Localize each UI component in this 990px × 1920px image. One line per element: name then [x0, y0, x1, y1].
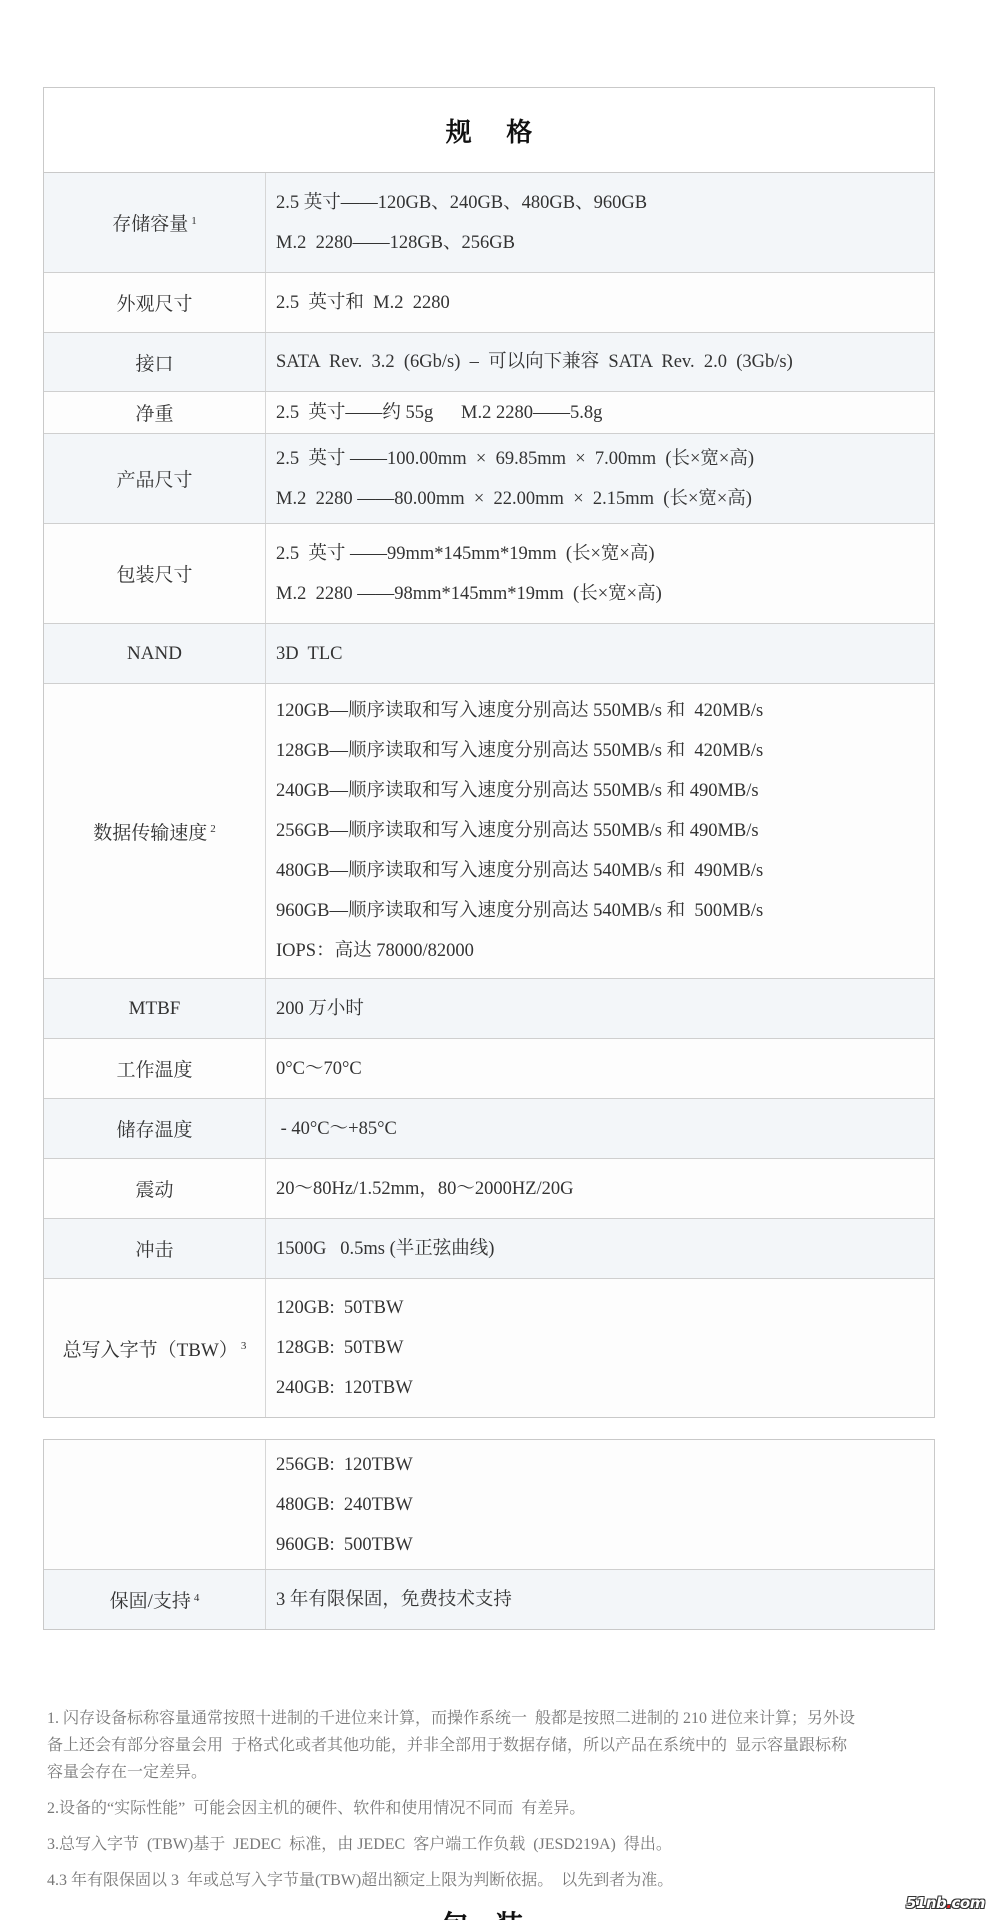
row-value-line: 2.5 英寸 ——99mm*145mm*19mm (长×宽×高) [276, 534, 934, 574]
row-value-line: 240GB: 120TBW [276, 1368, 934, 1408]
row-value-line: M.2 2280——128GB、256GB [276, 223, 934, 263]
row-value-line: 0°C～70°C [276, 1049, 934, 1089]
spec-title-row: 规 格 [44, 88, 934, 173]
row-package-dimensions: 包装尺寸 2.5 英寸 ——99mm*145mm*19mm (长×宽×高) M.… [44, 524, 934, 624]
row-value-line: 120GB: 50TBW [276, 1288, 934, 1328]
row-label: 产品尺寸 [116, 465, 192, 492]
footnote-4: 4.3 年有限保固以 3 年或总写入字节量(TBW)超出额定上限为判断依据。 以… [47, 1867, 947, 1894]
row-value-line: 3 年有限保固，免费技术支持 [276, 1580, 934, 1620]
row-shock: 冲击 1500G 0.5ms (半正弦曲线) [44, 1219, 934, 1279]
row-label: 保固/支持 [110, 1586, 191, 1613]
row-label: 包装尺寸 [116, 560, 192, 587]
row-value-line: 480GB: 240TBW [276, 1485, 934, 1525]
footnote-1-cont: 备上还会有部分容量会用 于格式化或者其他功能，并非全部用于数据存储，所以产品在系… [47, 1732, 947, 1759]
row-value-line: 256GB—顺序读取和写入速度分别高达 550MB/s 和 490MB/s [276, 811, 934, 851]
footnote-ref: 3 [241, 1340, 247, 1352]
row-interface: 接口 SATA Rev. 3.2 (6Gb/s) – 可以向下兼容 SATA R… [44, 333, 934, 392]
footnote-2: 2.设备的“实际性能” 可能会因主机的硬件、软件和使用情况不同而 有差异。 [47, 1795, 947, 1822]
row-label: NAND [127, 643, 182, 665]
row-value-line: 1500G 0.5ms (半正弦曲线) [276, 1229, 934, 1269]
row-tbw-continued: 256GB: 120TBW 480GB: 240TBW 960GB: 500TB… [44, 1440, 934, 1570]
row-nand: NAND 3D TLC [44, 624, 934, 684]
row-value-line: 480GB—顺序读取和写入速度分别高达 540MB/s 和 490MB/s [276, 851, 934, 891]
spec-table: 规 格 存储容量1 2.5 英寸——120GB、240GB、480GB、960G… [43, 87, 935, 1418]
row-value-line: 2.5 英寸——120GB、240GB、480GB、960GB [276, 183, 934, 223]
footnote-ref: 2 [210, 823, 216, 835]
row-label: 接口 [135, 349, 173, 376]
row-label: 工作温度 [116, 1055, 192, 1082]
row-value-line: 128GB: 50TBW [276, 1328, 934, 1368]
row-value-line: 240GB—顺序读取和写入速度分别高达 550MB/s 和 490MB/s [276, 771, 934, 811]
row-value-line: 120GB—顺序读取和写入速度分别高达 550MB/s 和 420MB/s [276, 691, 934, 731]
row-label: 外观尺寸 [116, 289, 192, 316]
row-label: 总写入字节（TBW） [63, 1335, 238, 1362]
row-value-line: M.2 2280 ——80.00mm × 22.00mm × 2.15mm (长… [276, 479, 934, 519]
row-label: 存储容量 [112, 209, 188, 236]
row-value-line: 2.5 英寸——约 55g M.2 2280——5.8g [276, 393, 934, 433]
row-storage-capacity: 存储容量1 2.5 英寸——120GB、240GB、480GB、960GB M.… [44, 173, 934, 273]
spec-title: 规 格 [446, 112, 547, 149]
row-storage-temp: 储存温度 - 40°C～+85°C [44, 1099, 934, 1159]
spec-table-continued: 256GB: 120TBW 480GB: 240TBW 960GB: 500TB… [43, 1439, 935, 1630]
footnotes: 1. 闪存设备标称容量通常按照十进制的千进位来计算，而操作系统一 般都是按照二进… [47, 1705, 947, 1894]
row-value-line: - 40°C～+85°C [276, 1109, 934, 1149]
row-label: 净重 [135, 399, 173, 426]
footnote-1: 1. 闪存设备标称容量通常按照十进制的千进位来计算，而操作系统一 般都是按照二进… [47, 1705, 947, 1732]
footnote-3: 3.总写入字节 (TBW)基于 JEDEC 标准，由 JEDEC 客户端工作负载… [47, 1831, 947, 1858]
row-value-line: 960GB: 500TBW [276, 1525, 934, 1565]
footnote-1-cont: 容量会存在一定差异。 [47, 1759, 947, 1786]
row-value-line: SATA Rev. 3.2 (6Gb/s) – 可以向下兼容 SATA Rev.… [276, 342, 934, 382]
row-label: 数据传输速度 [93, 818, 207, 845]
row-vibration: 震动 20～80Hz/1.52mm，80～2000HZ/20G [44, 1159, 934, 1219]
row-label: 震动 [135, 1175, 173, 1202]
row-net-weight: 净重 2.5 英寸——约 55g M.2 2280——5.8g [44, 392, 934, 434]
row-value-line: 2.5 英寸 ——100.00mm × 69.85mm × 7.00mm (长×… [276, 439, 934, 479]
row-tbw: 总写入字节（TBW）3 120GB: 50TBW 128GB: 50TBW 24… [44, 1279, 934, 1417]
row-transfer-speed: 数据传输速度2 120GB—顺序读取和写入速度分别高达 550MB/s 和 42… [44, 684, 934, 979]
row-operating-temp: 工作温度 0°C～70°C [44, 1039, 934, 1099]
row-value-line: 256GB: 120TBW [276, 1445, 934, 1485]
row-value-line: IOPS：高达 78000/82000 [276, 931, 934, 971]
row-form-factor: 外观尺寸 2.5 英寸和 M.2 2280 [44, 273, 934, 333]
row-value-line: 2.5 英寸和 M.2 2280 [276, 283, 934, 323]
row-value-line: 3D TLC [276, 634, 934, 674]
footnote-ref: 4 [194, 1592, 200, 1604]
row-warranty: 保固/支持4 3 年有限保固，免费技术支持 [44, 1570, 934, 1629]
footnote-ref: 1 [191, 215, 197, 227]
row-value-line: 128GB—顺序读取和写入速度分别高达 550MB/s 和 420MB/s [276, 731, 934, 771]
row-label: 冲击 [135, 1235, 173, 1262]
row-product-dimensions: 产品尺寸 2.5 英寸 ——100.00mm × 69.85mm × 7.00m… [44, 434, 934, 524]
row-value-line: 200 万小时 [276, 989, 934, 1029]
watermark-logo: 51nb.com [906, 1894, 985, 1912]
row-label: 储存温度 [116, 1115, 192, 1142]
row-value-line: 960GB—顺序读取和写入速度分别高达 540MB/s 和 500MB/s [276, 891, 934, 931]
row-label: MTBF [129, 998, 181, 1020]
row-mtbf: MTBF 200 万小时 [44, 979, 934, 1039]
row-value-line: M.2 2280 ——98mm*145mm*19mm (长×宽×高) [276, 574, 934, 614]
row-value-line: 20～80Hz/1.52mm，80～2000HZ/20G [276, 1169, 934, 1209]
next-section-heading: 包装 [0, 1907, 990, 1920]
